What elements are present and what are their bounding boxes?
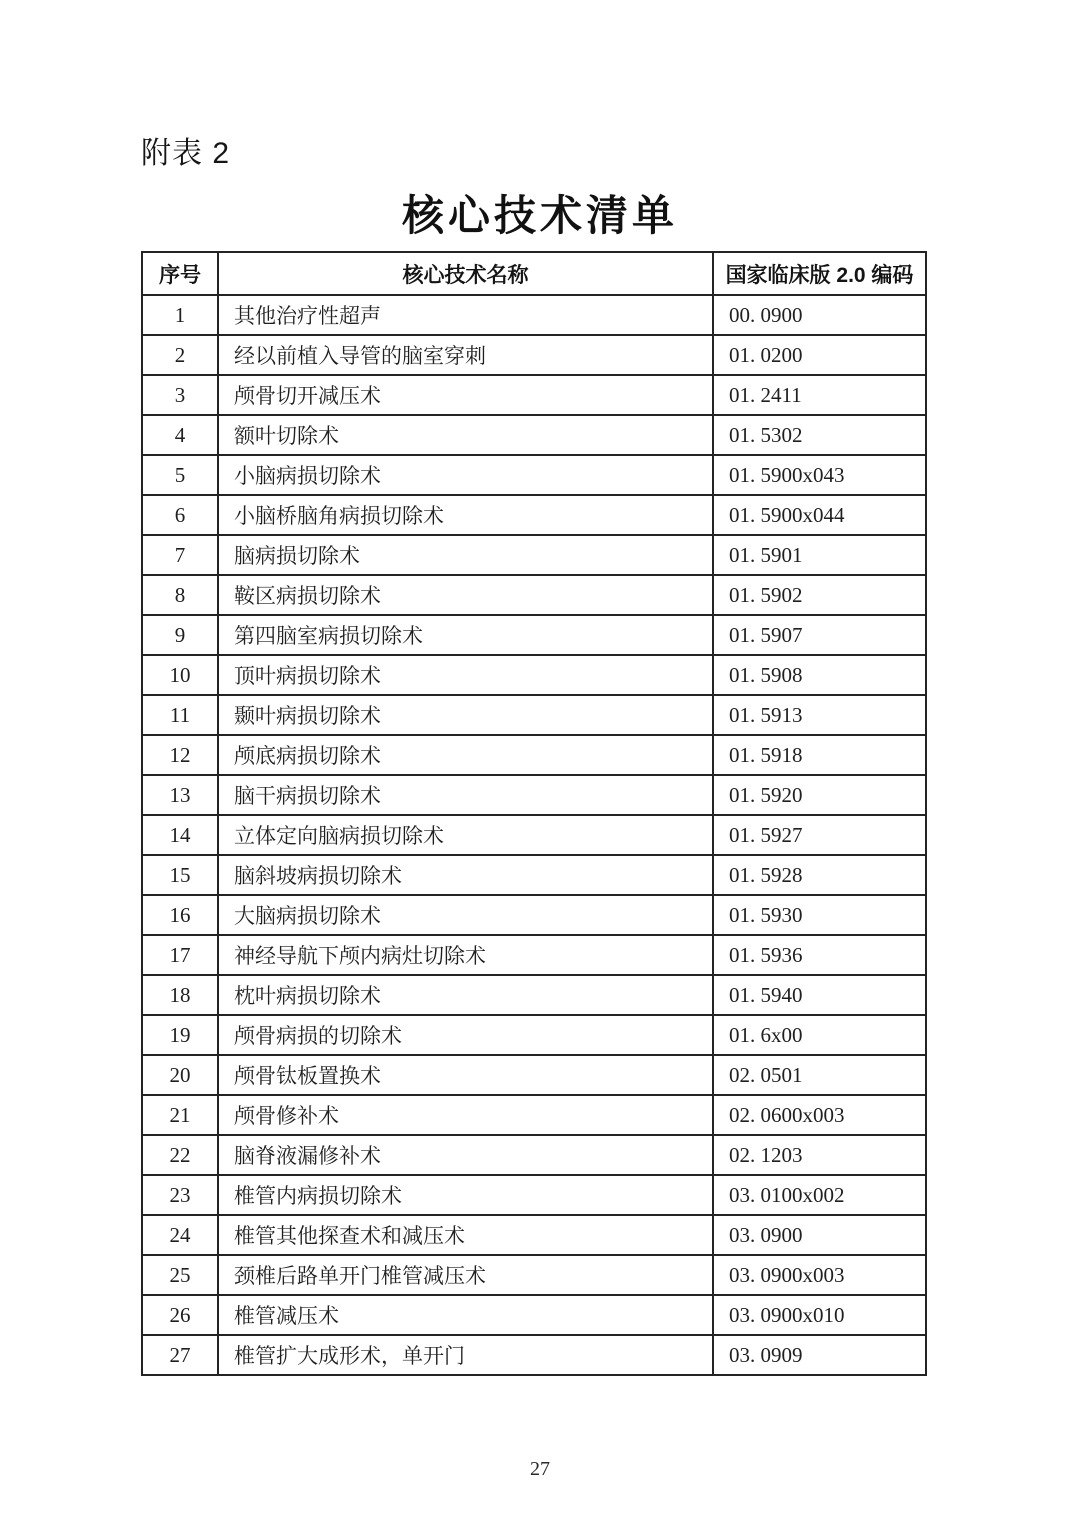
technology-name-cell: 立体定向脑病损切除术 [218, 815, 713, 855]
table-row: 20颅骨钛板置换术02. 0501 [142, 1055, 926, 1095]
technology-name-cell: 颅底病损切除术 [218, 735, 713, 775]
header-clinical-code: 国家临床版 2.0 编码 [713, 252, 926, 295]
technology-name-cell: 颅骨钛板置换术 [218, 1055, 713, 1095]
code-cell: 01. 5900x044 [713, 495, 926, 535]
code-cell: 01. 5900x043 [713, 455, 926, 495]
row-number-cell: 16 [142, 895, 218, 935]
code-cell: 03. 0900x003 [713, 1255, 926, 1295]
code-cell: 03. 0100x002 [713, 1175, 926, 1215]
technology-name-cell: 颅骨病损的切除术 [218, 1015, 713, 1055]
row-number-cell: 13 [142, 775, 218, 815]
table-row: 4额叶切除术01. 5302 [142, 415, 926, 455]
table-row: 14立体定向脑病损切除术01. 5927 [142, 815, 926, 855]
code-cell: 01. 5302 [713, 415, 926, 455]
code-cell: 01. 5907 [713, 615, 926, 655]
technology-name-cell: 椎管减压术 [218, 1295, 713, 1335]
code-cell: 01. 5930 [713, 895, 926, 935]
header-technology-name: 核心技术名称 [218, 252, 713, 295]
technology-name-cell: 颈椎后路单开门椎管减压术 [218, 1255, 713, 1295]
page-number: 27 [0, 1458, 1080, 1481]
row-number-cell: 17 [142, 935, 218, 975]
row-number-cell: 2 [142, 335, 218, 375]
code-cell: 01. 5936 [713, 935, 926, 975]
technology-name-cell: 脑病损切除术 [218, 535, 713, 575]
header-row-number: 序号 [142, 252, 218, 295]
table-header: 序号 核心技术名称 国家临床版 2.0 编码 [142, 252, 926, 295]
technology-name-cell: 小脑桥脑角病损切除术 [218, 495, 713, 535]
table-header-row: 序号 核心技术名称 国家临床版 2.0 编码 [142, 252, 926, 295]
row-number-cell: 9 [142, 615, 218, 655]
table-row: 15脑斜坡病损切除术01. 5928 [142, 855, 926, 895]
technology-name-cell: 椎管内病损切除术 [218, 1175, 713, 1215]
technology-name-cell: 小脑病损切除术 [218, 455, 713, 495]
code-cell: 03. 0909 [713, 1335, 926, 1375]
technology-name-cell: 第四脑室病损切除术 [218, 615, 713, 655]
code-cell: 03. 0900x010 [713, 1295, 926, 1335]
table-row: 8鞍区病损切除术01. 5902 [142, 575, 926, 615]
row-number-cell: 12 [142, 735, 218, 775]
technology-name-cell: 脑干病损切除术 [218, 775, 713, 815]
table-row: 12颅底病损切除术01. 5918 [142, 735, 926, 775]
appendix-label: 附表 2 [141, 128, 230, 172]
technology-name-cell: 椎管其他探查术和减压术 [218, 1215, 713, 1255]
row-number-cell: 24 [142, 1215, 218, 1255]
table-row: 5小脑病损切除术01. 5900x043 [142, 455, 926, 495]
table-row: 6小脑桥脑角病损切除术01. 5900x044 [142, 495, 926, 535]
row-number-cell: 26 [142, 1295, 218, 1335]
technology-name-cell: 其他治疗性超声 [218, 295, 713, 335]
table-row: 13脑干病损切除术01. 5920 [142, 775, 926, 815]
technology-name-cell: 鞍区病损切除术 [218, 575, 713, 615]
page-title: 核心技术清单 [0, 183, 1080, 243]
code-cell: 01. 5940 [713, 975, 926, 1015]
row-number-cell: 22 [142, 1135, 218, 1175]
technology-name-cell: 脑脊液漏修补术 [218, 1135, 713, 1175]
row-number-cell: 23 [142, 1175, 218, 1215]
table-row: 7脑病损切除术01. 5901 [142, 535, 926, 575]
row-number-cell: 14 [142, 815, 218, 855]
technology-name-cell: 颞叶病损切除术 [218, 695, 713, 735]
row-number-cell: 20 [142, 1055, 218, 1095]
table-row: 21颅骨修补术02. 0600x003 [142, 1095, 926, 1135]
table-row: 3颅骨切开减压术01. 2411 [142, 375, 926, 415]
row-number-cell: 27 [142, 1335, 218, 1375]
technology-name-cell: 经以前植入导管的脑室穿刺 [218, 335, 713, 375]
code-cell: 01. 5913 [713, 695, 926, 735]
table-row: 27椎管扩大成形术，单开门03. 0909 [142, 1335, 926, 1375]
table-row: 10顶叶病损切除术01. 5908 [142, 655, 926, 695]
row-number-cell: 11 [142, 695, 218, 735]
row-number-cell: 25 [142, 1255, 218, 1295]
document-page: 附表 2 核心技术清单 序号 核心技术名称 国家临床版 2.0 编码 1其他治疗… [0, 0, 1080, 1527]
table-row: 26椎管减压术03. 0900x010 [142, 1295, 926, 1335]
row-number-cell: 1 [142, 295, 218, 335]
technology-name-cell: 大脑病损切除术 [218, 895, 713, 935]
code-cell: 00. 0900 [713, 295, 926, 335]
code-cell: 01. 5908 [713, 655, 926, 695]
technology-name-cell: 顶叶病损切除术 [218, 655, 713, 695]
code-cell: 02. 0600x003 [713, 1095, 926, 1135]
table-row: 2经以前植入导管的脑室穿刺01. 0200 [142, 335, 926, 375]
table-row: 11颞叶病损切除术01. 5913 [142, 695, 926, 735]
code-cell: 01. 5902 [713, 575, 926, 615]
row-number-cell: 3 [142, 375, 218, 415]
code-cell: 01. 0200 [713, 335, 926, 375]
row-number-cell: 15 [142, 855, 218, 895]
row-number-cell: 5 [142, 455, 218, 495]
technology-name-cell: 枕叶病损切除术 [218, 975, 713, 1015]
code-cell: 02. 0501 [713, 1055, 926, 1095]
table-row: 16大脑病损切除术01. 5930 [142, 895, 926, 935]
code-cell: 01. 5918 [713, 735, 926, 775]
code-cell: 03. 0900 [713, 1215, 926, 1255]
row-number-cell: 6 [142, 495, 218, 535]
code-cell: 01. 5901 [713, 535, 926, 575]
code-cell: 01. 5927 [713, 815, 926, 855]
table-row: 23椎管内病损切除术03. 0100x002 [142, 1175, 926, 1215]
technology-name-cell: 神经导航下颅内病灶切除术 [218, 935, 713, 975]
table-row: 22脑脊液漏修补术02. 1203 [142, 1135, 926, 1175]
core-technology-table: 序号 核心技术名称 国家临床版 2.0 编码 1其他治疗性超声00. 09002… [141, 251, 927, 1376]
row-number-cell: 10 [142, 655, 218, 695]
table-row: 17神经导航下颅内病灶切除术01. 5936 [142, 935, 926, 975]
code-cell: 01. 6x00 [713, 1015, 926, 1055]
row-number-cell: 8 [142, 575, 218, 615]
technology-name-cell: 脑斜坡病损切除术 [218, 855, 713, 895]
row-number-cell: 18 [142, 975, 218, 1015]
table-row: 9第四脑室病损切除术01. 5907 [142, 615, 926, 655]
code-cell: 01. 2411 [713, 375, 926, 415]
table-row: 19颅骨病损的切除术01. 6x00 [142, 1015, 926, 1055]
technology-name-cell: 椎管扩大成形术，单开门 [218, 1335, 713, 1375]
table-row: 1其他治疗性超声00. 0900 [142, 295, 926, 335]
row-number-cell: 21 [142, 1095, 218, 1135]
code-cell: 01. 5920 [713, 775, 926, 815]
technology-name-cell: 颅骨切开减压术 [218, 375, 713, 415]
technology-name-cell: 额叶切除术 [218, 415, 713, 455]
table-row: 25颈椎后路单开门椎管减压术03. 0900x003 [142, 1255, 926, 1295]
technology-name-cell: 颅骨修补术 [218, 1095, 713, 1135]
row-number-cell: 4 [142, 415, 218, 455]
table-body: 1其他治疗性超声00. 09002经以前植入导管的脑室穿刺01. 02003颅骨… [142, 295, 926, 1375]
code-cell: 01. 5928 [713, 855, 926, 895]
code-cell: 02. 1203 [713, 1135, 926, 1175]
row-number-cell: 19 [142, 1015, 218, 1055]
row-number-cell: 7 [142, 535, 218, 575]
table-row: 18枕叶病损切除术01. 5940 [142, 975, 926, 1015]
table-row: 24椎管其他探查术和减压术03. 0900 [142, 1215, 926, 1255]
